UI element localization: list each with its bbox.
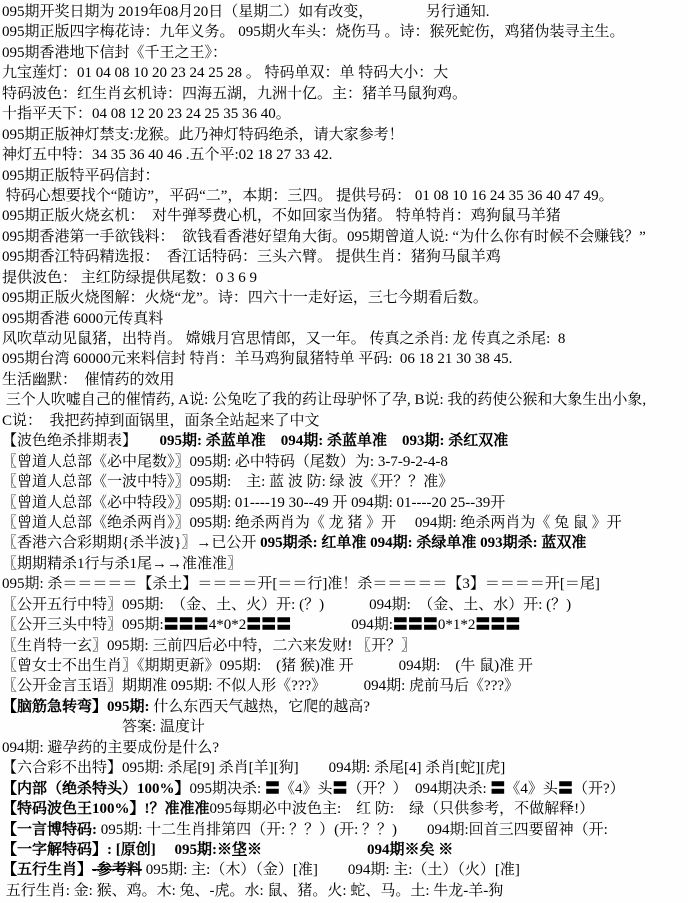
text-segment: 4*0*2 [209, 617, 247, 633]
text-segment: 特码心想要找个“随访”，平码“二”，本期：三四。 提供号码： 01 08 10 … [2, 188, 614, 204]
text-segment: 【特码波色王100%】!？准准准 [2, 801, 210, 817]
text-segment: 【波色绝杀排期表】 [2, 433, 130, 449]
text-segment: 神灯五中特：34 35 36 40 46 .五个平:02 18 27 33 42… [2, 147, 332, 163]
text-segment: 095期: 主:（木）（金）[准] 094期: 主:（土）（火）[准] [142, 862, 520, 878]
text-segment: 【脑筋急转弯】095期: [2, 699, 150, 715]
text-line: 〖曾女士不出生肖〗《期期更新》095期: (猪 猴)准 开 094期: (牛 鼠… [2, 656, 688, 676]
text-segment: 〓 [332, 781, 347, 797]
text-segment: 095期香港第一手欲钱料： 欲钱看香港好望角大街。095期曾道人说: “为什么你… [2, 229, 646, 245]
text-segment: 〖香港六合彩期期{杀半波}〗→已公开 [2, 535, 260, 551]
text-line: 095期正版特平码信封： [2, 166, 688, 186]
text-segment: 什么东西天气越热，它爬的越高? [150, 699, 370, 715]
text-segment: 九宝莲灯：01 04 08 10 20 23 24 25 28 。 特码单双：单… [2, 65, 448, 81]
text-line: 〖期期精杀1行与杀1尾→→准准准〗 [2, 554, 688, 574]
text-line: 【特码波色王100%】!？准准准095每期必中波色主: 红 防: 绿（只供参考，… [2, 799, 688, 819]
text-segment: 095期: 杀＝＝＝＝＝【杀土】＝＝＝＝开[＝＝行]准！杀＝＝＝＝＝【3】＝＝＝… [2, 576, 600, 592]
text-line: 特码心想要找个“随访”，平码“二”，本期：三四。 提供号码： 01 08 10 … [2, 186, 688, 206]
text-line: 095期香江特码精选报： 香江话特码：三头六臂。 提供生肖：猪狗马鼠羊鸡 [2, 247, 688, 267]
text-line: 风吹草动见鼠猪，出特肖。 嫦娥月宫思情郎，又一年。 传真之杀肖: 龙 传真之杀尾… [2, 329, 688, 349]
text-line: 特码波色：红生肖玄机诗：四海五湖，九洲十亿。主：猪羊马鼠狗鸡。 [2, 84, 688, 104]
text-segment: 095期正版四字梅花诗：九年义务。 095期火车头：烧伤马 。诗：猴死蛇伤，鸡猪… [2, 24, 625, 40]
text-segment: 095期正版特平码信封： [2, 168, 160, 184]
text-segment: 〓 [558, 781, 573, 797]
text-line: 【波色绝杀排期表】 095期: 杀蓝单准 094期: 杀蓝单准 093期: 杀红… [2, 431, 688, 451]
text-segment: 〖生肖特一玄〗095期: 三前四后必中特，二六来发财! 〖开？〗 [2, 638, 416, 654]
text-segment: 095期正版神灯禁支:龙猴。此乃神灯特码绝杀，请大家参考！ [2, 127, 404, 143]
text-line: 〖公开五行中特〗095期: （金、土、火）开: (？) 094期: （金、土、水… [2, 595, 688, 615]
text-segment: 095期正版火烧玄机： 对牛弹琴费心机，不如回家当伪猪。 特单特肖：鸡狗鼠马羊猪 [2, 208, 561, 224]
text-line: 九宝莲灯：01 04 08 10 20 23 24 25 28 。 特码单双：单… [2, 63, 688, 83]
text-segment: 三个人吹嘘自己的催情药, A说: 公兔吃了我的药让母驴怀了孕, B说: 我的药使… [2, 392, 646, 408]
text-segment: 〓 [490, 781, 505, 797]
text-segment: 095期台湾 60000元来料信封 特肖：羊马鸡狗鼠猪特单 平码: 06 18 … [2, 351, 512, 367]
text-line: 〖公开金言玉语〗期期准 095期: 不似人形《???》 094期: 虎前马后《?… [2, 676, 688, 696]
text-segment: 〖曾道人总部《绝杀两肖》〗095期: 绝杀两肖为《 龙 猪 》开 094期: 绝… [2, 515, 622, 531]
text-segment: 〖曾道人总部《一波中特》〗095期: 主: 蓝 波 防: 绿 波《开？？准》 [2, 474, 453, 490]
text-segment: ※ 094期※矣 ※ [247, 842, 453, 858]
text-segment: 〖公开金言玉语〗期期准 095期: 不似人形《???》 094期: 虎前马后《?… [2, 678, 519, 694]
text-segment: 风吹草动见鼠猪，出特肖。 嫦娥月宫思情郎，又一年。 传真之杀肖: 龙 传真之杀尾… [2, 331, 565, 347]
text-line: C说： 我把药掉到面锅里，面条全站起来了中文 [2, 411, 688, 431]
text-segment: 094期: [291, 617, 393, 633]
text-segment: 特码波色：红生肖玄机诗：四海五湖，九洲十亿。主：猪羊马鼠狗鸡。 [2, 86, 467, 102]
text-segment: 《4》头 [280, 781, 333, 797]
text-line: 095期香港第一手欲钱料： 欲钱看香港好望角大街。095期曾道人说: “为什么你… [2, 227, 688, 247]
text-segment: 〖曾道人总部《必中特段》〗095期: 01----19 30--49 开 094… [2, 495, 505, 511]
text-segment: 《4》头 [505, 781, 558, 797]
text-segment: 095期香港 6000元传真料 [2, 311, 163, 327]
text-segment: 垡 [232, 842, 247, 858]
text-segment: 〓〓〓 [246, 617, 291, 633]
text-line: 三个人吹嘘自己的催情药, A说: 公兔吃了我的药让母驴怀了孕, B说: 我的药使… [2, 390, 688, 410]
text-segment: 095期开奖日期为 2019年08月20日（星期二）如有改变， 另行通知. [2, 4, 490, 20]
text-line: 〖生肖特一玄〗095期: 三前四后必中特，二六来发财! 〖开？〗 [2, 636, 688, 656]
text-segment: 〓〓〓 [164, 617, 209, 633]
text-segment: 095期香江特码精选报： 香江话特码：三头六臂。 提供生肖：猪狗马鼠羊鸡 [2, 249, 501, 265]
text-line: 提供波色： 主红防绿提供尾数：0 3 6 9 [2, 268, 688, 288]
text-segment: 〓〓〓 [393, 617, 438, 633]
text-segment: （开？） 094期决杀: [347, 781, 490, 797]
text-line: 095期: 杀＝＝＝＝＝【杀土】＝＝＝＝开[＝＝行]准！杀＝＝＝＝＝【3】＝＝＝… [2, 574, 688, 594]
text-segment: 095期香港地下信封《千王之王》： [2, 45, 227, 61]
text-segment: 提供波色： 主红防绿提供尾数：0 3 6 9 [2, 270, 257, 286]
text-line: 095期香港地下信封《千王之王》： [2, 43, 688, 63]
text-line: 神灯五中特：34 35 36 40 46 .五个平:02 18 27 33 42… [2, 145, 688, 165]
text-line: 生活幽默： 催情药的效用 [2, 370, 688, 390]
text-line: 【一字解特码】: [原创] 095期:※垡※ 094期※矣 ※ [2, 840, 688, 860]
text-line: 095期香港 6000元传真料 [2, 309, 688, 329]
text-segment: 〖公开五行中特〗095期: （金、土、火）开: (？) 094期: （金、土、水… [2, 597, 571, 613]
text-segment: 095期杀: 红单准 094期: 杀绿单准 093期杀: 蓝双准 [260, 535, 586, 551]
text-line: 〖曾道人总部《一波中特》〗095期: 主: 蓝 波 防: 绿 波《开？？准》 [2, 472, 688, 492]
text-segment: 〖公开三头中特〗095期: [2, 617, 164, 633]
text-segment: 0*1*2 [438, 617, 476, 633]
text-segment: 095期: 十二生肖排第四（开: ？？）(开: ？？) 094期:回首三四要留神… [101, 822, 608, 838]
text-segment: 【一言博特码: [2, 822, 101, 838]
text-line: 〖曾道人总部《必中尾数》〗095期: 必中特码（尾数）为: 3-7-9-2-4-… [2, 452, 688, 472]
text-line: 答案: 温度计 [2, 717, 688, 737]
text-segment: 生活幽默： 催情药的效用 [2, 372, 175, 388]
text-line: 095期台湾 60000元来料信封 特肖：羊马鸡狗鼠猪特单 平码: 06 18 … [2, 349, 688, 369]
text-segment: 〖曾女士不出生肖〗《期期更新》095期: (猪 猴)准 开 094期: (牛 鼠… [2, 658, 533, 674]
text-segment: 【六合彩不出特】095期: 杀尾[9] 杀肖[羊][狗] 094期: 杀尾[4]… [2, 760, 505, 776]
text-line: 095期正版火烧玄机： 对牛弹琴费心机，不如回家当伪猪。 特单特肖：鸡狗鼠马羊猪 [2, 206, 688, 226]
text-line: 五行生肖: 金: 猴、鸡。木: 兔、-虎。水: 鼠、猪。火: 蛇、马。土: 牛龙… [2, 881, 688, 901]
text-line: 【脑筋急转弯】095期: 什么东西天气越热，它爬的越高? [2, 697, 688, 717]
text-segment: 094期: 避孕药的主要成份是什么? [2, 740, 219, 756]
text-segment: （开?） [573, 781, 625, 797]
text-line: 095期正版四字梅花诗：九年义务。 095期火车头：烧伤马 。诗：猴死蛇伤，鸡猪… [2, 22, 688, 42]
text-line: 095期正版神灯禁支:龙猴。此乃神灯特码绝杀，请大家参考！ [2, 125, 688, 145]
text-segment: 【五行生肖】 [2, 862, 92, 878]
text-segment: 十指平天下：04 08 12 20 23 24 25 35 36 40。 [2, 106, 291, 122]
text-line: 十指平天下：04 08 12 20 23 24 25 35 36 40。 [2, 104, 688, 124]
text-line: 【一言博特码: 095期: 十二生肖排第四（开: ？？）(开: ？？) 094期… [2, 820, 688, 840]
text-segment: -参考料 [92, 862, 142, 878]
text-segment: C说： 我把药掉到面锅里，面条全站起来了中文 [2, 413, 320, 429]
text-line: 【六合彩不出特】095期: 杀尾[9] 杀肖[羊][狗] 094期: 杀尾[4]… [2, 758, 688, 778]
text-segment: 095期正版火烧图解：火烧“龙”。诗：四六十一走好运，三七今期看后数。 [2, 290, 488, 306]
text-segment: 〓〓〓 [475, 617, 520, 633]
text-segment: 095每期必中波色主: 红 防: 绿（只供参考，不做解释!） [210, 801, 595, 817]
text-line: 095期正版火烧图解：火烧“龙”。诗：四六十一走好运，三七今期看后数。 [2, 288, 688, 308]
text-segment: 095期决杀: [190, 781, 265, 797]
text-segment: 〖曾道人总部《必中尾数》〗095期: 必中特码（尾数）为: 3-7-9-2-4-… [2, 454, 448, 470]
text-line: 094期: 避孕药的主要成份是什么? [2, 738, 688, 758]
text-line: 〖公开三头中特〗095期:〓〓〓4*0*2〓〓〓 094期:〓〓〓0*1*2〓〓… [2, 615, 688, 635]
text-line: 〖香港六合彩期期{杀半波}〗→已公开 095期杀: 红单准 094期: 杀绿单准… [2, 533, 688, 553]
text-line: 095期开奖日期为 2019年08月20日（星期二）如有改变， 另行通知. [2, 2, 688, 22]
document-body: 095期开奖日期为 2019年08月20日（星期二）如有改变， 另行通知.095… [0, 0, 688, 903]
text-segment: 095期: 杀蓝单准 094期: 杀蓝单准 093期: 杀红双准 [130, 433, 509, 449]
text-segment: 〖期期精杀1行与杀1尾→→准准准〗 [2, 556, 242, 572]
text-segment: 答案: 温度计 [2, 719, 205, 735]
text-line: 【内部（绝杀特头）100%】095期决杀: 〓《4》头〓（开？） 094期决杀:… [2, 779, 688, 799]
text-segment: 五行生肖: 金: 猴、鸡。木: 兔、-虎。水: 鼠、猪。火: 蛇、马。土: 牛龙… [2, 883, 503, 899]
text-line: 〖曾道人总部《必中特段》〗095期: 01----19 30--49 开 094… [2, 493, 688, 513]
text-segment: 【内部（绝杀特头）100%】 [2, 781, 190, 797]
text-segment: 【一字解特码】: [原创] 095期:※ [2, 842, 232, 858]
text-line: 【五行生肖】-参考料 095期: 主:（木）（金）[准] 094期: 主:（土）… [2, 860, 688, 880]
text-line: 〖曾道人总部《绝杀两肖》〗095期: 绝杀两肖为《 龙 猪 》开 094期: 绝… [2, 513, 688, 533]
text-segment: 〓 [265, 781, 280, 797]
